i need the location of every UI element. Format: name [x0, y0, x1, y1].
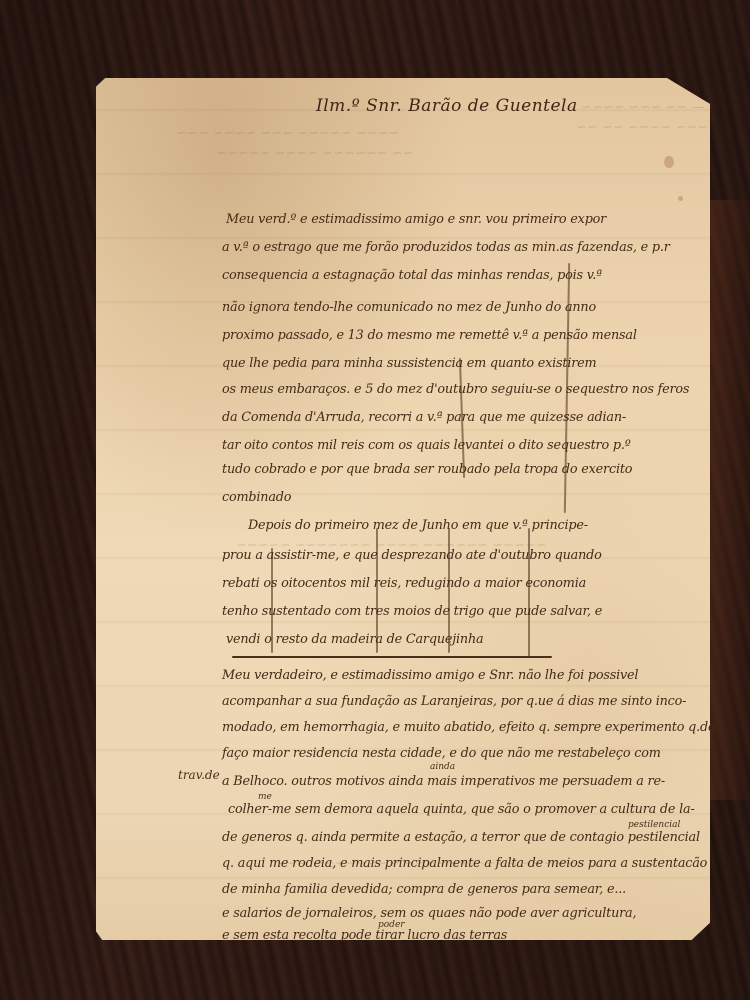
text-line: a v.ª o estrago que me forão produzidos …	[222, 240, 670, 255]
text-line: que lhe pedia para minha sussistencia em…	[222, 356, 596, 371]
text-line: q. aqui me rodeia, e mais principalmente…	[222, 856, 707, 871]
interlinear-insertion: pestilencial	[628, 820, 680, 830]
section-divider-rule	[232, 656, 552, 658]
text-line: de generos q. ainda permite a estação, a…	[222, 830, 700, 845]
text-line: colher-me sem demora aquela quinta, que …	[228, 802, 695, 817]
reverse-bleed-text: ~~~ ~~~~ ~~ ~~	[576, 120, 708, 135]
margin-note: trav.de	[178, 768, 220, 782]
text-line: Meu verdadeiro, e estimadissimo amigo e …	[222, 668, 638, 683]
text-line: prou a assistir-me, e que desprezando at…	[222, 548, 602, 563]
text-line: e salarios de jornaleiros, sem os quaes …	[222, 906, 636, 921]
text-line: a Belhoco. outros motivos ainda mais imp…	[222, 774, 665, 789]
text-line: não ignora tendo-lhe comunicado no mez d…	[222, 300, 596, 315]
ink-stain	[664, 156, 674, 168]
reverse-bleed-text: ~~ ~~~~~~ ~~~~ ~~~~~	[216, 146, 414, 161]
text-line: acompanhar a sua fundação as Laranjeiras…	[222, 694, 686, 709]
interlinear-insertion: ainda	[430, 762, 455, 772]
reverse-bleed-text: — ~~ ~~~ ~~~~ ~	[566, 100, 704, 115]
text-line: os meus embaraços. e 5 do mez d'outubro …	[222, 382, 689, 397]
text-line: vendi o resto da madeira de Carquejinha	[226, 632, 483, 647]
ink-stain	[678, 196, 683, 201]
interlinear-insertion: me	[258, 792, 272, 802]
text-line: tudo cobrado e por que brada ser roubado…	[222, 462, 632, 477]
text-line: tenho sustentado com tres moios de trigo…	[222, 604, 602, 619]
text-line: tar oito contos mil reis com os quais le…	[222, 438, 631, 453]
text-line: Depois do primeiro mez de Junho em que v…	[248, 518, 588, 533]
letter-salutation: Ilm.º Snr. Barão de Guentela	[316, 96, 578, 116]
text-line: combinado	[222, 490, 291, 505]
reverse-bleed-text: ~~~~ ~~~~~ ~~~ ~~~~ ~~~	[176, 126, 400, 141]
text-line: da Comenda d'Arruda, recorri a v.ª para …	[222, 410, 626, 425]
text-line: de minha familia devedida; compra de gen…	[222, 882, 626, 897]
interlinear-insertion: poder	[378, 920, 405, 930]
text-line: Meu verd.º e estimadissimo amigo e snr. …	[226, 212, 606, 227]
text-line: rebati os oitocentos mil reis, redugindo…	[222, 576, 586, 591]
text-line: faço maior residencia nesta cidade, e do…	[222, 746, 661, 761]
text-line: e sem esta recolta pode tirar lucro das …	[222, 928, 507, 943]
text-line: consequencia a estagnação total das minh…	[222, 268, 602, 283]
text-line: modado, em hemorrhagia, e muito abatido,…	[222, 720, 715, 735]
text-line: proximo passado, e 13 do mesmo me remett…	[222, 328, 637, 343]
